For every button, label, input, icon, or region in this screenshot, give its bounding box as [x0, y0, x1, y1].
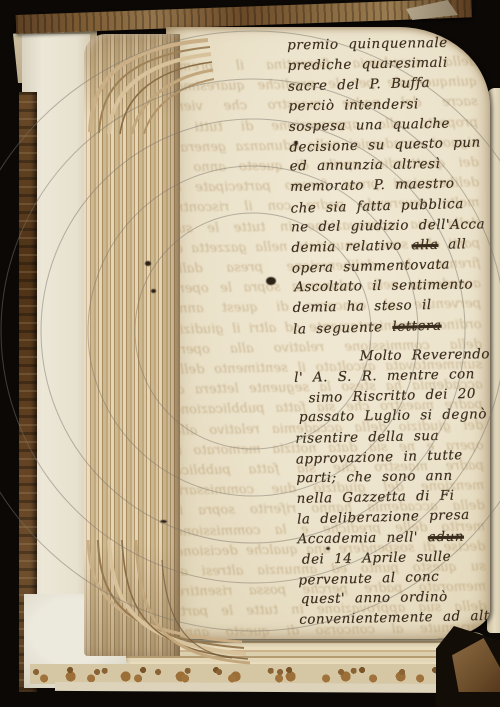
manuscript-line: perciò intendersi [288, 92, 490, 116]
ink-blot [266, 277, 276, 285]
manuscript-line: Molto Reverendo P. mag [294, 344, 490, 368]
board-underside-edge [55, 682, 483, 693]
manuscript-line: passato Luglio si degnò [295, 404, 490, 428]
manuscript-line: convenientemente ad altri [299, 605, 490, 630]
manuscript-line: Ascoltato il sentimento [292, 274, 490, 298]
manuscript-line: quest' anno ordinò [299, 586, 490, 610]
manuscript-line: Accademia nell' adun [297, 525, 490, 549]
manuscript-line: parti; che sono ann [296, 465, 490, 489]
manuscript-line: ed annunzia altresì [290, 153, 490, 177]
ink-text-column: premio quinquennaleprediche quaresimalis… [287, 31, 490, 630]
ink-blot [145, 261, 151, 266]
page-curl-bottom [82, 540, 252, 666]
ink-blot [160, 520, 167, 523]
manuscript-photo: della accademia fiorentina il premio qui… [0, 0, 500, 707]
ink-blot [151, 289, 156, 293]
manuscript-line: ne del giudizio dell'Acca [291, 213, 490, 237]
ink-blot [326, 547, 330, 550]
page-curl-top [82, 28, 214, 134]
ink-blot [294, 141, 298, 145]
marbled-board-edge-bottom [30, 664, 492, 684]
manuscript-line: premio quinquennale [287, 32, 490, 56]
